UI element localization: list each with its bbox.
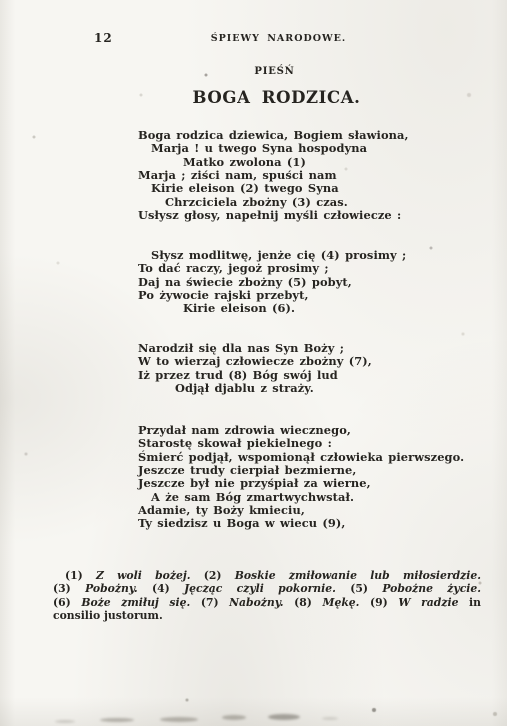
footnote-marker: (1) xyxy=(65,569,96,582)
smudge-blob xyxy=(100,718,134,722)
song-kicker: PIEŚŃ xyxy=(0,66,507,77)
footnote-marker: (4) xyxy=(138,582,184,595)
footnote-line: (1) Z woli bożej. (2) Boskie zmiłowanie … xyxy=(53,569,481,582)
footnote-marker: (9) xyxy=(359,596,398,609)
footnote-marker: (7) xyxy=(190,596,229,609)
poem-line: Jeszcze był nie przyśpiał za wierne, xyxy=(138,477,464,490)
poem-line: Usłysz głosy, napełnij myśli człowiecze … xyxy=(138,209,409,222)
poem-line: Śmierć podjął, wspomionął człowieka pier… xyxy=(138,451,464,464)
scan-speck-noise xyxy=(0,0,2,2)
poem-line: Daj na świecie zbożny (5) pobyt, xyxy=(138,276,406,289)
footnote-text: Pobożny. xyxy=(85,582,138,595)
running-title: ŚPIEWY NARODOWE. xyxy=(0,33,507,44)
footnote-text: Nabożny. xyxy=(229,596,283,609)
footnote-marker: (6) xyxy=(53,596,81,609)
footnote-text: Z woli bożej. xyxy=(96,569,191,582)
poem-line: A że sam Bóg zmartwychwstał. xyxy=(151,491,464,504)
stanza-4: Przydał nam zdrowia wiecznego, Starostę … xyxy=(138,424,464,531)
poem-line: Marja ! u twego Syna hospodyna xyxy=(151,142,409,155)
footnote-line: consilio justorum. xyxy=(53,609,481,622)
stanza-1: Boga rodzica dziewica, Bogiem sławiona, … xyxy=(138,129,409,222)
poem-line: Jeszcze trudy cierpiał bezmierne, xyxy=(138,464,464,477)
smudge-blob xyxy=(160,717,198,722)
poem-line: Starostę skował piekielnego : xyxy=(138,437,464,450)
footnote-text: in xyxy=(458,596,481,609)
poem-line: Po żywocie rajski przebyt, xyxy=(138,289,406,302)
footnote-text: Boskie zmiłowanie lub miłosierdzie. xyxy=(235,569,481,582)
page-header: 12 ŚPIEWY NARODOWE. xyxy=(0,31,507,47)
smudge-blob xyxy=(322,717,338,720)
footnote-marker: (5) xyxy=(336,582,382,595)
poem-line: Kirie eleison (2) twego Syna xyxy=(151,182,409,195)
poem-line: Boga rodzica dziewica, Bogiem sławiona, xyxy=(138,129,409,142)
poem-line: Marja ; ziści nam, spuści nam xyxy=(138,169,409,182)
stanza-3: Narodził się dla nas Syn Boży ; W to wie… xyxy=(138,342,372,395)
footnote-line: (6) Boże zmiłuj się. (7) Nabożny. (8) Mę… xyxy=(53,596,481,609)
footnote-text: Mękę. xyxy=(323,596,360,609)
footnote-marker: (8) xyxy=(284,596,323,609)
footnote-text: Jęcząc czyli pokornie. xyxy=(184,582,336,595)
poem-line: To dać raczy, jegoż prosimy ; xyxy=(138,262,406,275)
footnote-text: Pobożne życie. xyxy=(382,582,481,595)
footnote-line: (3) Pobożny. (4) Jęcząc czyli pokornie. … xyxy=(53,582,481,595)
smudge-blob xyxy=(222,715,246,720)
poem-line: Iż przez trud (8) Bóg swój lud xyxy=(138,369,372,382)
poem-line: Matko zwolona (1) xyxy=(183,156,409,169)
poem-line: Narodził się dla nas Syn Boży ; xyxy=(138,342,372,355)
poem-line: Słysz modlitwę, jenże cię (4) prosimy ; xyxy=(151,249,406,262)
footnote-text: consilio justorum. xyxy=(53,609,163,622)
song-title: BOGA RODZICA. xyxy=(0,88,507,107)
poem-line: Adamie, ty Boży kmieciu, xyxy=(138,504,464,517)
scan-bottom-smudges xyxy=(0,710,507,726)
smudge-blob xyxy=(55,720,75,723)
footnote-marker: (3) xyxy=(53,582,85,595)
stanza-2: Słysz modlitwę, jenże cię (4) prosimy ; … xyxy=(138,249,406,316)
poem-line: Ty siedzisz u Boga w wiecu (9), xyxy=(138,517,464,530)
poem-line: Chrzciciela zbożny (3) czas. xyxy=(165,196,409,209)
footnote-text: Boże zmiłuj się. xyxy=(81,596,190,609)
footnote-text: W radzie xyxy=(398,596,458,609)
poem-line: Kirie eleison (6). xyxy=(183,302,406,315)
poem-line: Odjął djablu z straży. xyxy=(175,382,372,395)
book-page-scan: 12 ŚPIEWY NARODOWE. PIEŚŃ BOGA RODZICA. … xyxy=(0,0,507,726)
footnote-marker: (2) xyxy=(190,569,234,582)
poem-line: Przydał nam zdrowia wiecznego, xyxy=(138,424,464,437)
poem-line: W to wierzaj człowiecze zbożny (7), xyxy=(138,355,372,368)
footnotes: (1) Z woli bożej. (2) Boskie zmiłowanie … xyxy=(53,569,481,623)
smudge-blob xyxy=(268,714,300,720)
